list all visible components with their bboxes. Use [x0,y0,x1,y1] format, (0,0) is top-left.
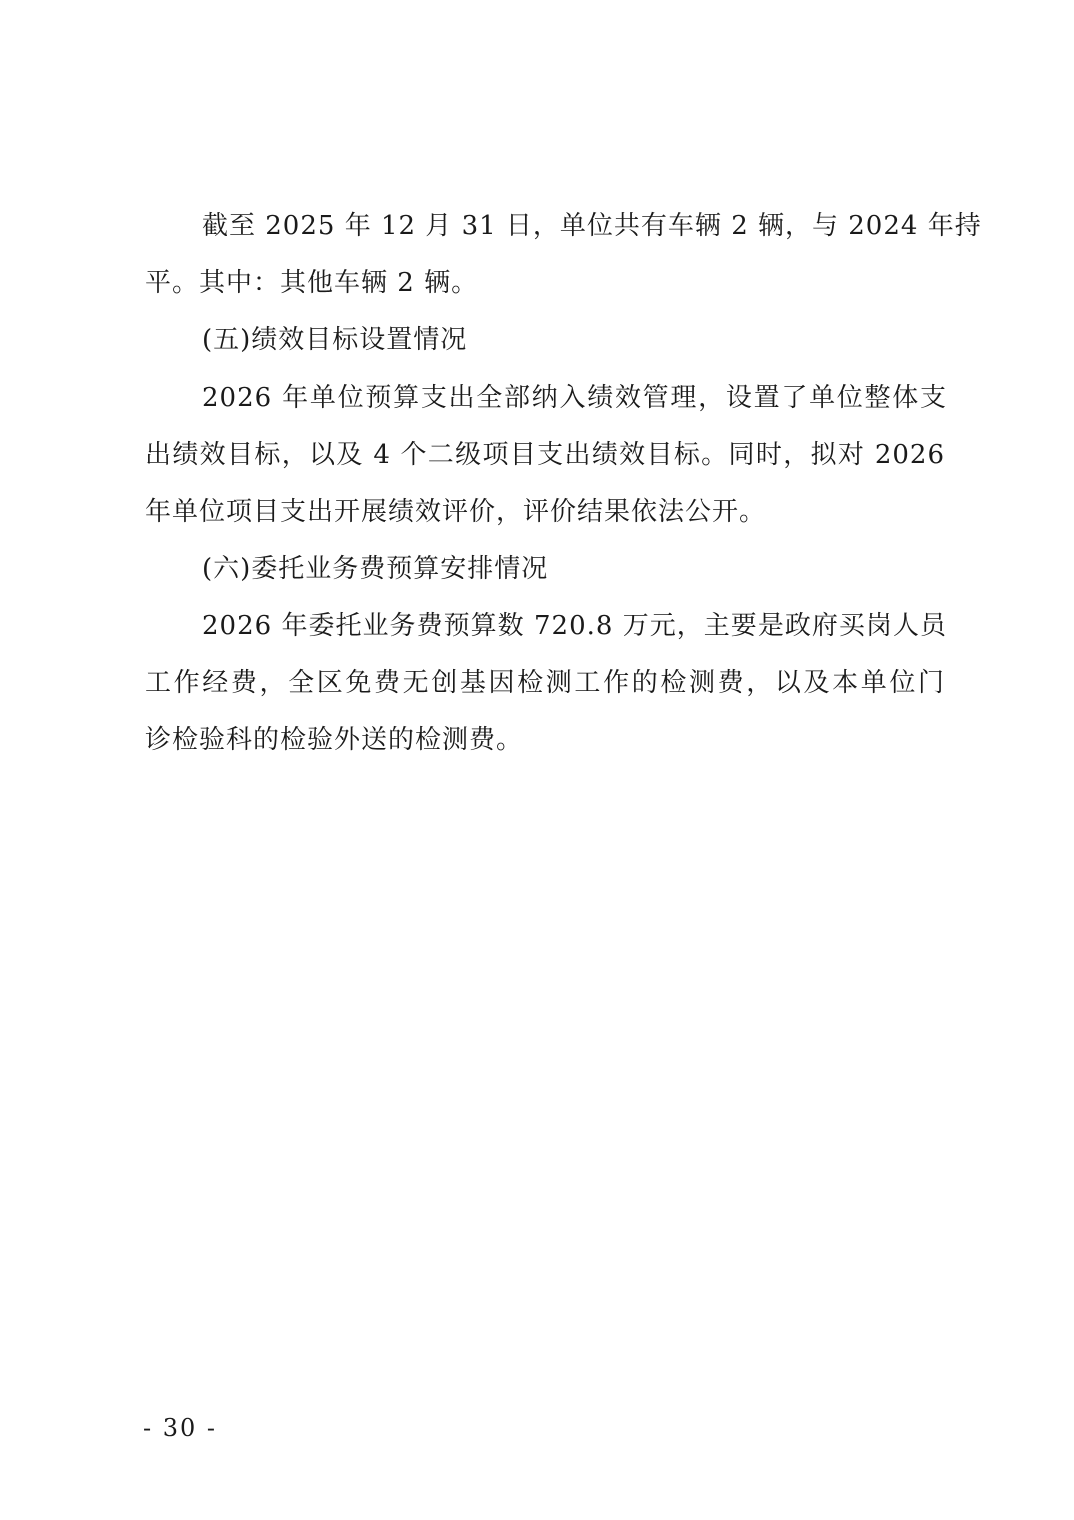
paragraph-performance-line-3: 年单位项目支出开展绩效评价，评价结果依法公开。 [145,495,945,529]
section-heading-commissioned-fees: (六)委托业务费预算安排情况 [202,552,947,586]
paragraph-commissioned-line-2: 工作经费，全区免费无创基因检测工作的检测费，以及本单位门 [145,666,945,700]
document-page: 截至 2025 年 12 月 31 日，单位共有车辆 2 辆，与 2024 年持… [0,0,1074,1520]
paragraph-vehicles-line-1: 截至 2025 年 12 月 31 日，单位共有车辆 2 辆，与 2024 年持 [202,209,947,243]
paragraph-commissioned-line-3: 诊检验科的检验外送的检测费。 [145,723,945,757]
paragraph-performance-line-1: 2026 年单位预算支出全部纳入绩效管理，设置了单位整体支 [202,381,947,415]
section-heading-performance-goals: (五)绩效目标设置情况 [202,323,947,357]
paragraph-performance-line-2: 出绩效目标，以及 4 个二级项目支出绩效目标。同时，拟对 2026 [145,438,945,472]
paragraph-vehicles-line-2: 平。其中：其他车辆 2 辆。 [145,266,945,300]
paragraph-commissioned-line-1: 2026 年委托业务费预算数 720.8 万元，主要是政府买岗人员 [202,609,947,643]
page-number: - 30 - [143,1412,217,1444]
